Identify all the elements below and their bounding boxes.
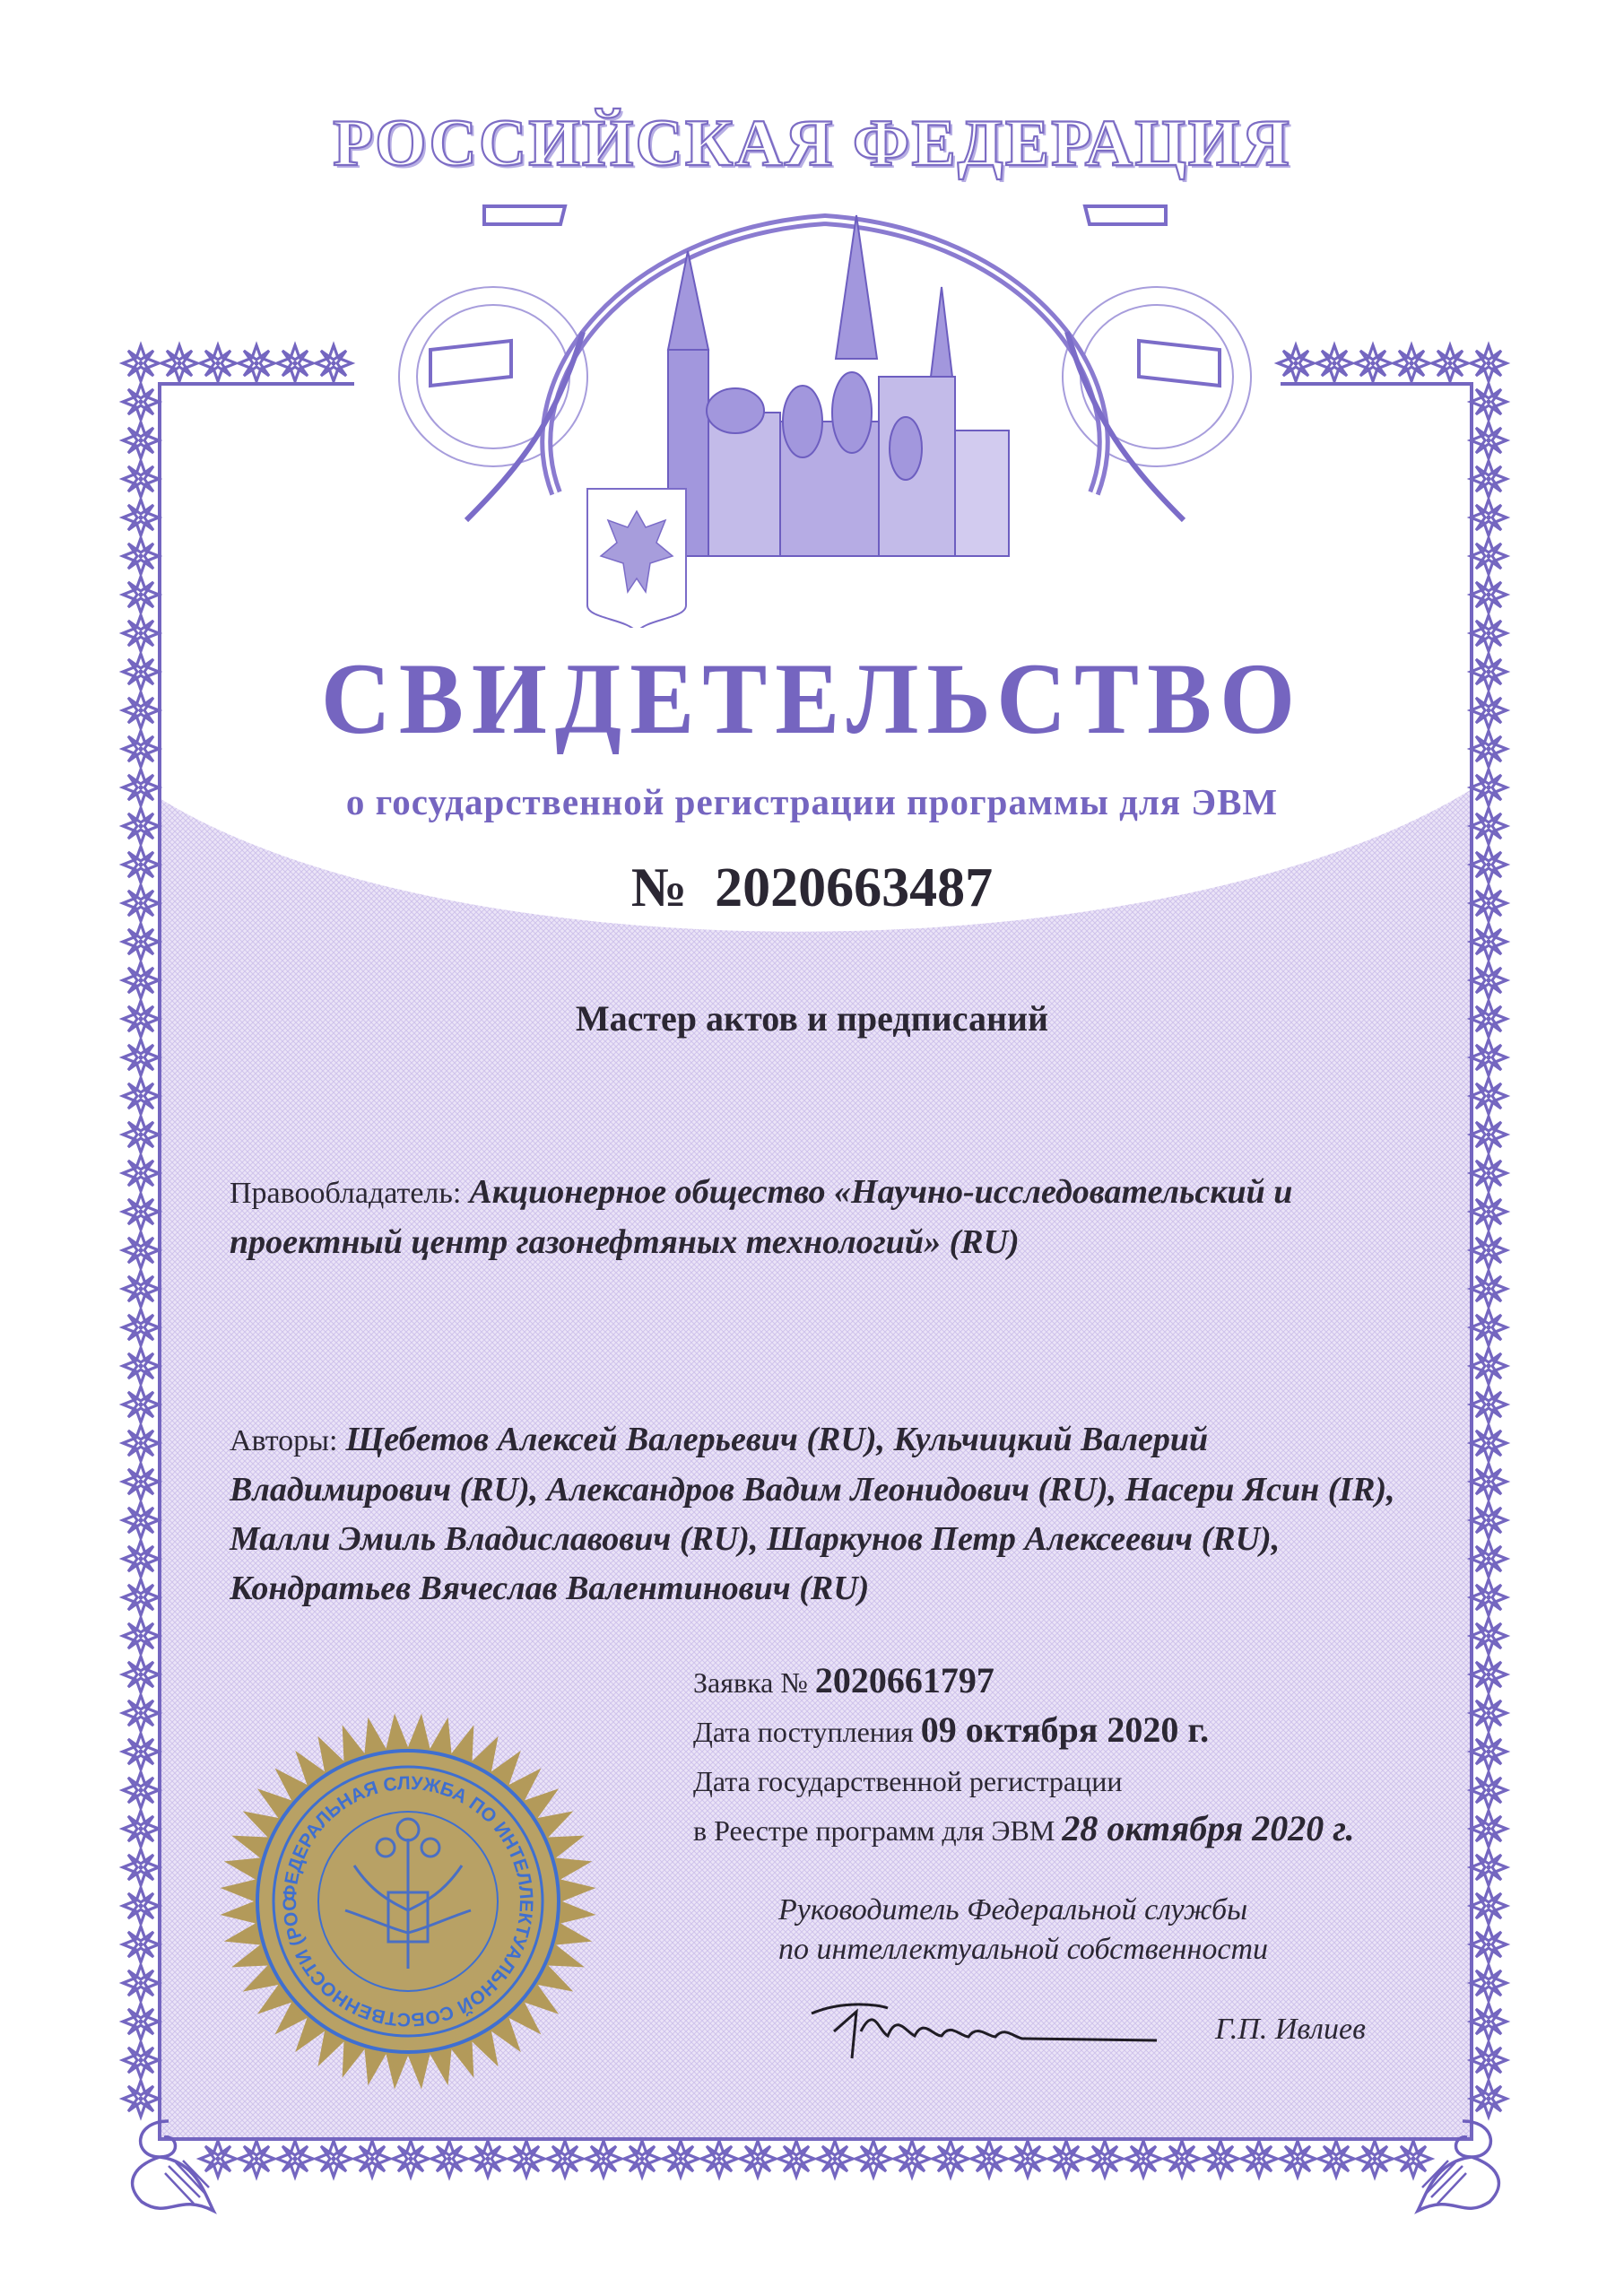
border-star-icon [1241, 2141, 1277, 2177]
border-star-icon [123, 461, 159, 497]
border-star-icon [1203, 2141, 1238, 2177]
border-star-icon [123, 500, 159, 535]
border-star-icon [1471, 1194, 1507, 1230]
authors-value: Щебетов Алексей Валерьевич (RU), Кульчиц… [230, 1421, 1395, 1607]
border-star-icon [1471, 1657, 1507, 1692]
border-star-icon [239, 345, 274, 381]
border-star-icon [123, 1155, 159, 1191]
border-star-icon [277, 345, 313, 381]
received-date-label: Дата поступления [693, 1716, 914, 1748]
border-star-icon [200, 2141, 236, 2177]
border-star-icon [123, 1926, 159, 1962]
border-star-icon [1471, 1888, 1507, 1924]
border-star-icon [393, 2141, 429, 2177]
border-star-icon [277, 2141, 313, 2177]
border-star-icon [1010, 2141, 1046, 2177]
border-star-icon [1471, 1965, 1507, 2001]
border-star-icon [123, 1579, 159, 1615]
rights-holder-label: Правообладатель: [230, 1177, 461, 1210]
border-star-icon [123, 384, 159, 420]
border-star-icon [1471, 1039, 1507, 1075]
border-star-icon [123, 345, 159, 381]
signer-title: Руководитель Федеральной службы по интел… [778, 1891, 1268, 1970]
border-star-icon [1471, 1734, 1507, 1770]
border-star-icon [1087, 2141, 1123, 2177]
border-star-icon [1471, 1309, 1507, 1345]
border-star-icon [1471, 1695, 1507, 1731]
border-star-icon [1471, 924, 1507, 960]
registration-label-line2: в Реестре программ для ЭВМ [693, 1814, 1055, 1847]
border-star-icon [123, 1271, 159, 1307]
border-star-icon [123, 1965, 159, 2001]
border-star-icon [586, 2141, 621, 2177]
certificate-title: СВИДЕТЕЛЬСТВО [0, 641, 1624, 758]
application-number-label: Заявка № [693, 1666, 808, 1699]
border-star-icon [1471, 1348, 1507, 1384]
certificate-number: № 2020663487 [0, 857, 1624, 920]
border-star-icon [1357, 2141, 1393, 2177]
border-star-icon [1048, 2141, 1084, 2177]
border-star-icon [1471, 1618, 1507, 1654]
border-star-icon [1471, 461, 1507, 497]
border-star-icon [123, 1541, 159, 1577]
authors-label: Авторы: [230, 1424, 337, 1457]
border-star-icon [1471, 1155, 1507, 1191]
border-star-icon [1471, 962, 1507, 998]
application-number-row: Заявка № 2020661797 [693, 1659, 994, 1701]
border-star-icon [239, 2141, 274, 2177]
border-star-icon [1125, 2141, 1161, 2177]
certificate-subtitle: о государственной регистрации программы … [0, 780, 1624, 823]
border-star-icon [123, 1425, 159, 1461]
border-star-icon [740, 2141, 776, 2177]
border-star-icon [123, 1618, 159, 1654]
border-star-icon [508, 2141, 544, 2177]
border-star-icon [200, 345, 236, 381]
border-star-icon [1471, 2004, 1507, 2039]
border-star-icon [123, 1849, 159, 1885]
authors: Авторы: Щебетов Алексей Валерьевич (RU),… [230, 1415, 1431, 1613]
border-star-icon [1471, 1117, 1507, 1152]
border-star-icon [1471, 2081, 1507, 2117]
border-star-icon [778, 2141, 814, 2177]
border-star-icon [1471, 1232, 1507, 1268]
border-star-icon [701, 2141, 737, 2177]
country-header: РОССИЙСКАЯ ФЕДЕРАЦИЯ [0, 106, 1624, 182]
border-star-icon [1471, 1464, 1507, 1500]
border-star-icon [1471, 500, 1507, 535]
border-star-icon [123, 422, 159, 458]
border-star-icon [123, 1078, 159, 1114]
border-star-icon [470, 2141, 506, 2177]
registration-date-row: в Реестре программ для ЭВМ 28 октября 20… [693, 1807, 1355, 1849]
border-star-icon [161, 345, 197, 381]
border-star-icon [1471, 1811, 1507, 1847]
border-star-icon [123, 538, 159, 574]
official-seal-icon: ФЕДЕРАЛЬНАЯ СЛУЖБА ПО ИНТЕЛЛЕКТУАЛЬНОЙ С… [215, 1709, 601, 2094]
signature-icon [807, 1996, 1166, 2067]
program-name: Мастер актов и предписаний [0, 997, 1624, 1039]
border-star-icon [316, 345, 352, 381]
border-star-icon [431, 2141, 467, 2177]
border-star-icon [817, 2141, 853, 2177]
application-number: 2020661797 [815, 1660, 994, 1700]
border-star-icon [123, 1772, 159, 1808]
border-star-icon [123, 1039, 159, 1075]
border-star-icon [1278, 345, 1314, 381]
border-star-icon [624, 2141, 660, 2177]
border-star-icon [1432, 345, 1468, 381]
border-star-icon [1471, 1926, 1507, 1962]
border-star-icon [123, 962, 159, 998]
border-star-icon [1164, 2141, 1200, 2177]
border-star-icon [547, 2141, 583, 2177]
border-star-icon [894, 2141, 930, 2177]
border-star-icon [1471, 1078, 1507, 1114]
border-star-icon [1318, 2141, 1354, 2177]
border-star-icon [316, 2141, 352, 2177]
border-star-icon [123, 577, 159, 613]
border-star-icon [1471, 1772, 1507, 1808]
border-star-icon [1471, 538, 1507, 574]
border-star-icon [1471, 422, 1507, 458]
border-star-icon [971, 2141, 1007, 2177]
border-star-icon [1471, 384, 1507, 420]
border-star-icon [1395, 2141, 1431, 2177]
border-star-icon [123, 1117, 159, 1152]
border-star-icon [663, 2141, 699, 2177]
border-star-icon [1471, 1271, 1507, 1307]
received-date-row: Дата поступления 09 октября 2020 г. [693, 1709, 1209, 1751]
border-star-icon [1471, 1387, 1507, 1422]
border-star-icon [123, 1464, 159, 1500]
rights-holder: Правообладатель: Акционерное общество «Н… [230, 1168, 1431, 1267]
border-star-icon [1471, 1502, 1507, 1538]
border-star-icon [123, 2004, 159, 2039]
border-star-icon [123, 1695, 159, 1731]
border-star-icon [1471, 1541, 1507, 1577]
border-star-icon [123, 1232, 159, 1268]
border-star-icon [1355, 345, 1391, 381]
registration-date: 28 октября 2020 г. [1062, 1808, 1354, 1848]
border-star-icon [1394, 345, 1429, 381]
border-star-icon [1280, 2141, 1316, 2177]
border-star-icon [123, 1309, 159, 1345]
border-star-icon [354, 2141, 390, 2177]
kremlin-wreath-emblem-icon [377, 197, 1273, 628]
border-star-icon [123, 1657, 159, 1692]
border-star-icon [123, 1811, 159, 1847]
border-star-icon [123, 924, 159, 960]
border-star-icon [933, 2141, 968, 2177]
registration-label-line1: Дата государственной регистрации [693, 1765, 1122, 1798]
border-star-icon [1316, 345, 1352, 381]
number-value: 2020663487 [715, 857, 993, 918]
border-star-icon [855, 2141, 891, 2177]
border-star-icon [123, 1888, 159, 1924]
border-star-icon [123, 2081, 159, 2117]
border-star-icon [123, 1194, 159, 1230]
border-star-icon [123, 1502, 159, 1538]
signer-title-line2: по интеллектуальной собственности [778, 1930, 1268, 1970]
signer-title-line1: Руководитель Федеральной службы [778, 1891, 1268, 1930]
border-star-icon [1471, 345, 1507, 381]
border-star-icon [1471, 1425, 1507, 1461]
border-star-icon [1471, 1579, 1507, 1615]
border-star-icon [123, 1348, 159, 1384]
border-star-icon [1471, 1849, 1507, 1885]
border-star-icon [1471, 577, 1507, 613]
border-star-icon [123, 1734, 159, 1770]
signer-name: Г.П. Ивлиев [1215, 2013, 1366, 2047]
received-date: 09 октября 2020 г. [921, 1709, 1209, 1750]
number-prefix: № [631, 857, 687, 918]
border-star-icon [123, 2042, 159, 2078]
border-star-icon [123, 1387, 159, 1422]
border-star-icon [1471, 2042, 1507, 2078]
